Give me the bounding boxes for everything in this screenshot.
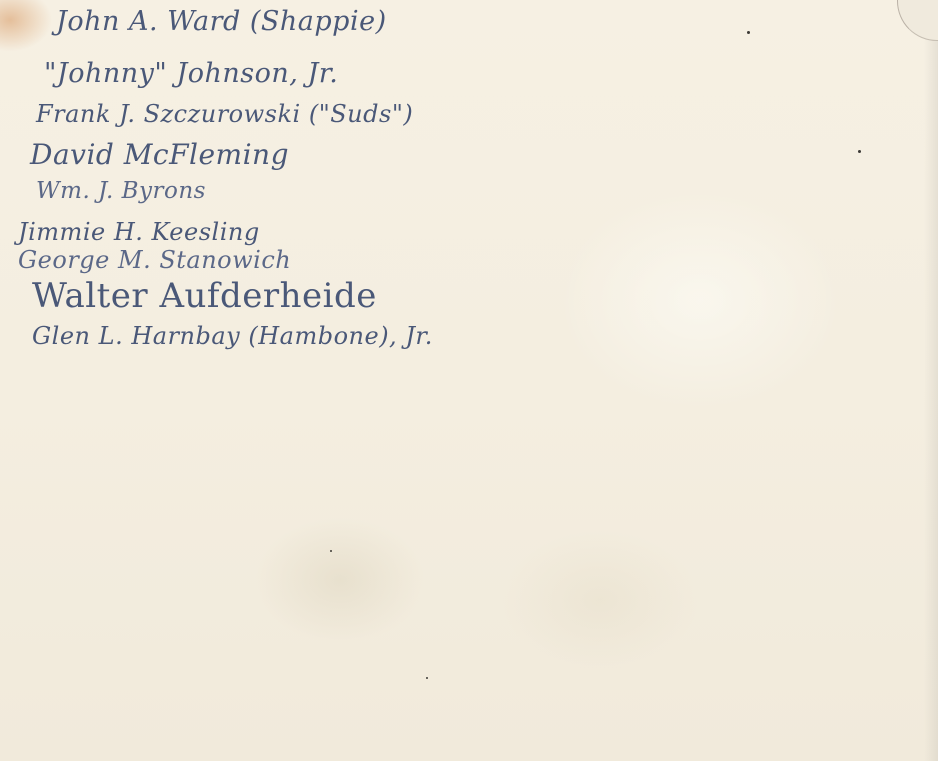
signature-line: Wm. J. Byrons bbox=[36, 178, 206, 204]
signature-line: Frank J. Szczurowski ("Suds") bbox=[36, 100, 413, 128]
signature-line: Walter Aufderheide bbox=[32, 276, 377, 316]
signature-line: John A. Ward (Shappie) bbox=[56, 6, 387, 37]
signature-line: Jimmie H. Keesling bbox=[18, 218, 260, 246]
signature-line: Glen L. Harnbay (Hambone), Jr. bbox=[32, 322, 433, 350]
signature-line: David McFleming bbox=[30, 138, 289, 171]
signature-list: John A. Ward (Shappie) "Johnny" Johnson,… bbox=[0, 0, 938, 761]
signature-line: "Johnny" Johnson, Jr. bbox=[44, 58, 338, 89]
signature-line: George M. Stanowich bbox=[18, 246, 291, 274]
